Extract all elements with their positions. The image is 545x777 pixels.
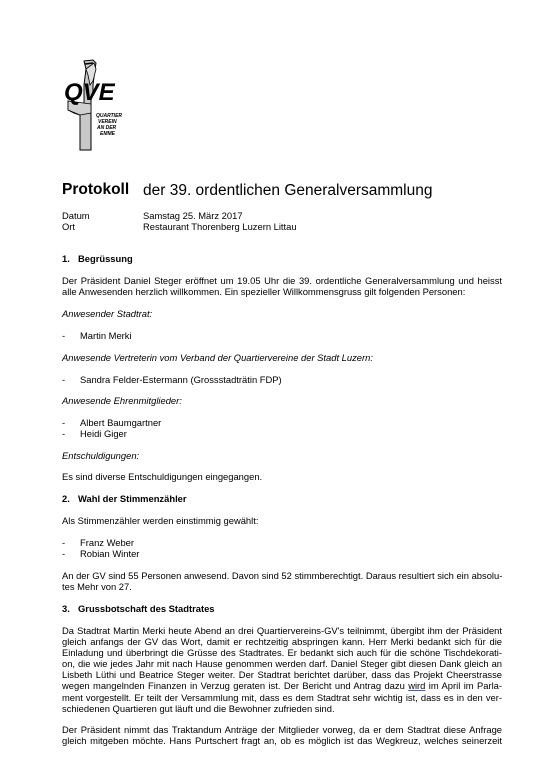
paragraph-entschuldigungen: Es sind diverse Entschuldigungen eingega… xyxy=(62,471,262,482)
list-item: -Heidi Giger xyxy=(62,428,127,439)
paragraph-antraege: Der Präsident nimmt das Traktandum Anträ… xyxy=(62,724,502,746)
list-item: -Franz Weber xyxy=(62,537,134,548)
section-heading-3: 3.Grussbotschaft des Stadtrates xyxy=(62,603,215,614)
paragraph-stadtrat: Da Stadtrat Martin Merki heute Abend an … xyxy=(62,625,502,714)
label-stadtrat: Anwesender Stadtrat: xyxy=(62,308,152,319)
label-ehrenmitglieder: Anwesende Ehrenmitglieder: xyxy=(62,395,182,406)
meta-label-date: Datum xyxy=(62,210,90,221)
paragraph-attendance: An der GV sind 55 Personen anwesend. Dav… xyxy=(62,570,502,592)
meta-value-date: Samstag 25. März 2017 xyxy=(143,210,243,221)
svg-text:QVE: QVE xyxy=(64,79,116,106)
section-heading-2: 2.Wahl der Stimmenzähler xyxy=(62,493,187,504)
qve-logo: QVE QUARTIER VEREIN AN DER EMME xyxy=(60,55,150,155)
list-item: -Robian Winter xyxy=(62,548,139,559)
list-item: -Sandra Felder-Estermann (Grossstadträti… xyxy=(62,374,282,385)
document-page: QVE QUARTIER VEREIN AN DER EMME Protokol… xyxy=(0,0,545,777)
svg-text:EMME: EMME xyxy=(100,131,116,137)
document-title-label: Protokoll xyxy=(62,181,129,199)
list-item: -Albert Baumgartner xyxy=(62,417,161,428)
document-title: der 39. ordentlichen Generalversammlung xyxy=(143,182,433,200)
grammar-marked-word[interactable]: wird xyxy=(408,680,425,691)
paragraph-welcome: Der Präsident Daniel Steger eröffnet um … xyxy=(62,275,502,297)
section-heading-1: 1.Begrüssung xyxy=(62,253,133,264)
meta-label-place: Ort xyxy=(62,221,75,232)
meta-value-place: Restaurant Thorenberg Luzern Littau xyxy=(143,221,297,232)
list-item: -Martin Merki xyxy=(62,330,132,341)
label-entschuldigungen: Entschuldigungen: xyxy=(62,450,139,461)
paragraph-stimmenzaehler: Als Stimmenzähler werden einstimmig gewä… xyxy=(62,515,258,526)
label-verband: Anwesende Vertreterin vom Verband der Qu… xyxy=(62,352,373,363)
